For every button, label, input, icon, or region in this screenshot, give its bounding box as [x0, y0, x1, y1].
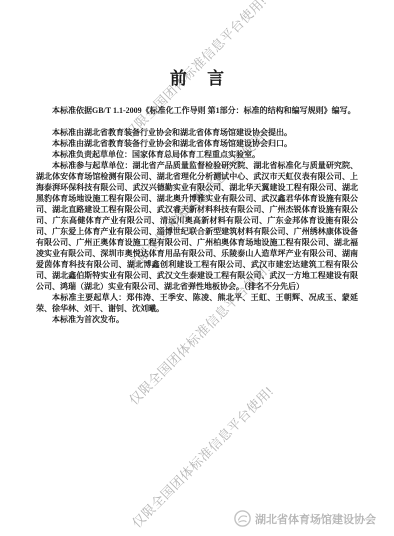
association-name: 湖北省体育场馆建设协会 [255, 511, 376, 527]
paragraph: 本标准负责起草单位：国家体育总局体育工程重点实验室。 [36, 149, 358, 160]
watermark-text: 仅限全国团体标准信息平台使用! [130, 384, 276, 530]
association-emblem-icon [234, 510, 251, 527]
paragraph: 本标准为首次发布。 [36, 314, 358, 325]
paragraph: 本标准由湖北省教育装备行业协会和湖北省体育场馆建设协会提出。 [36, 127, 358, 138]
document-page: 仅限全国团体标准信息平台使用! 仅限全国团体标准信息平台使用! 仅限全国团体标准… [0, 0, 394, 536]
paragraph: 本标准主要起草人：郑伟涛、王季安、陈凌、熊北平、王虹、王朝辉、况成玉、蒙延荣、徐… [36, 292, 358, 314]
foreword-body: 本标准依据GB/T 1.1-2009《标准化工作导则 第1部分：标准的结构和编写… [36, 105, 358, 325]
page-title: 前 言 [0, 64, 394, 89]
association-logo: 湖北省体育场馆建设协会 [234, 510, 376, 527]
paragraph: 本标准由湖北省教育装备行业协会和湖北省体育场馆建设协会归口。 [36, 138, 358, 149]
paragraph: 本标准参与起草单位：湖北省产品质量监督检验研究院、湖北省标准化与质量研究院、湖北… [36, 160, 358, 292]
paragraph: 本标准依据GB/T 1.1-2009《标准化工作导则 第1部分：标准的结构和编写… [36, 105, 358, 116]
